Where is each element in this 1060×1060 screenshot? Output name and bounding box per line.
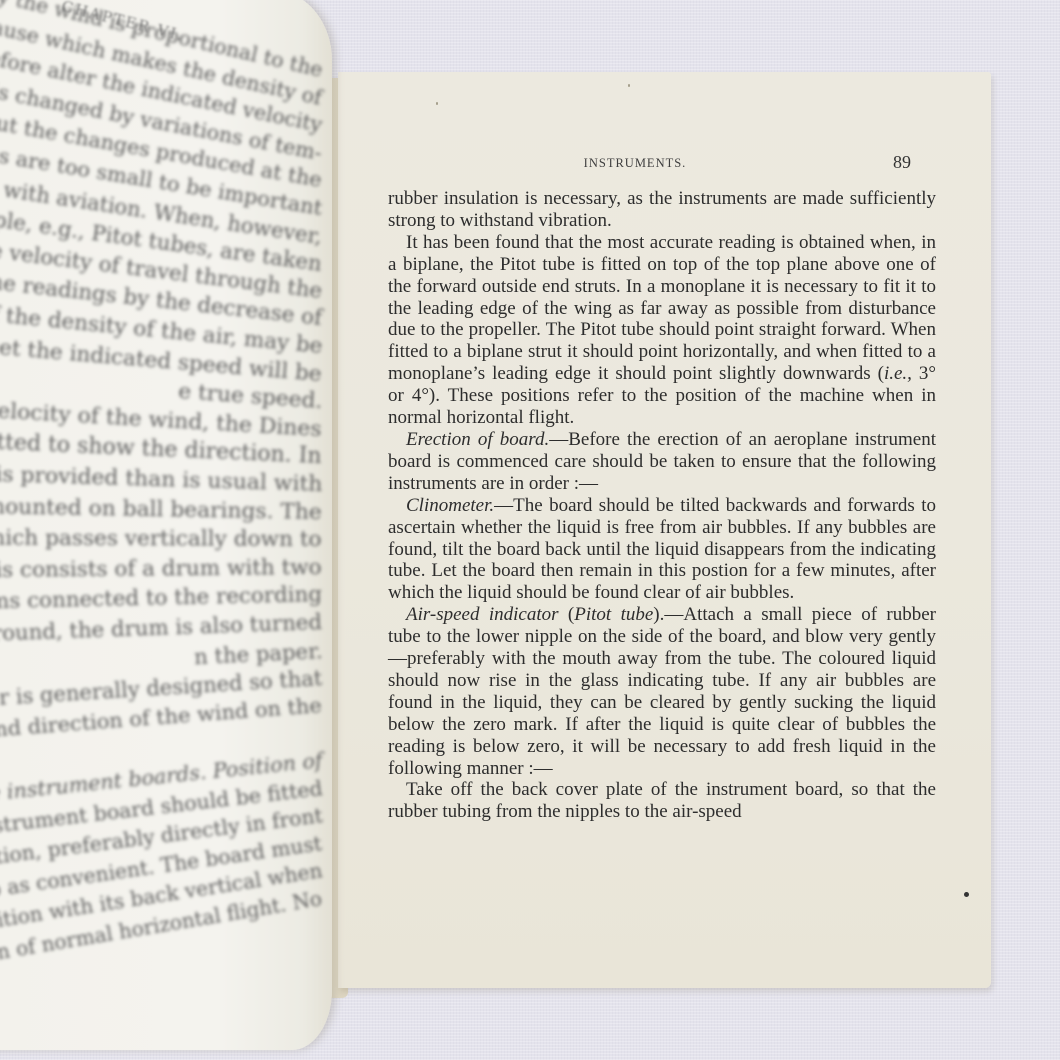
section-lead: Air-speed indicator: [406, 604, 559, 625]
section-lead: Clinometer.: [406, 495, 494, 516]
body-text: rubber insulation is necessary, as the i…: [388, 188, 936, 823]
right-page: INSTRUMENTS. 89 rubber insulation is nec…: [338, 72, 991, 988]
left-page-line: a rod which passes vertically down to: [0, 525, 322, 552]
paper-speck: [436, 102, 438, 105]
paper-speck: [628, 84, 630, 87]
left-page-text: duced by the wind is proportional to the…: [0, 0, 332, 1050]
running-head: INSTRUMENTS.: [485, 156, 785, 171]
left-page: CHAPTER VI. duced by the wind is proport…: [0, 0, 332, 1050]
paragraph-back-cover-plate: Take off the back cover plate of the ins…: [388, 779, 936, 823]
paragraph-air-speed-indicator: Air-speed indicator (Pitot tube).—Attach…: [388, 604, 936, 779]
page-number: 89: [893, 152, 911, 173]
left-page-line: ent, mounted on ball bearings. The: [0, 493, 322, 525]
section-lead: Erection of board.: [406, 429, 549, 450]
left-page-line: n the paper.: [193, 638, 323, 669]
ink-dot: [964, 892, 969, 897]
paragraph-erection-of-board: Erection of board.—Before the erection o…: [388, 429, 936, 495]
paragraph-continuation: rubber insulation is necessary, as the i…: [388, 188, 936, 232]
paragraph-clinometer: Clinometer.—The board should be tilted b…: [388, 495, 936, 605]
paragraph-pitot-placement: It has been found that the most accurate…: [388, 232, 936, 429]
left-page-line: atus. This consists of a drum with two: [0, 555, 322, 584]
